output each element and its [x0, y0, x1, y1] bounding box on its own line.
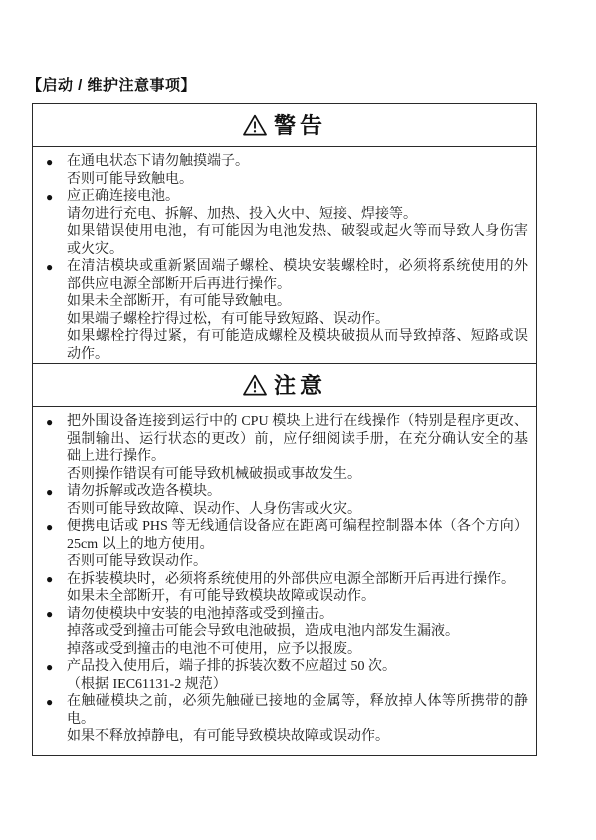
notice-line: 如果未全部断开，有可能导致触电。 — [67, 293, 528, 311]
notice-line: 产品投入使用后，端子排的拆装次数不应超过 50 次。 — [67, 658, 528, 676]
notice-line: 掉落或受到撞击可能会导致电池破损，造成电池内部发生漏液。 — [67, 623, 528, 641]
caution-box-header: 注意 — [33, 364, 536, 407]
notice-line: 如果未全部断开，有可能导致模块故障或误动作。 — [67, 588, 528, 606]
notice-line: 便携电话或 PHS 等无线通信设备应在距离可编程控制器本体（各个方向）25cm … — [67, 518, 528, 553]
bullet-icon: ● — [46, 519, 53, 537]
bullet-icon: ● — [46, 606, 53, 624]
bullet-icon: ● — [46, 414, 53, 432]
warning-triangle-icon — [243, 114, 267, 136]
notice-item: ●便携电话或 PHS 等无线通信设备应在距离可编程控制器本体（各个方向）25cm… — [45, 518, 528, 571]
notice-item: ●在触碰模块之前，必须先触碰已接地的金属等，释放掉人体等所携带的静电。如果不释放… — [45, 693, 528, 746]
warning-item-list: ●在通电状态下请勿触摸端子。否则可能导致触电。●应正确连接电池。请勿进行充电、拆… — [33, 147, 536, 372]
warning-box-title: 警告 — [274, 109, 326, 140]
notice-item: ●请勿使模块中安装的电池掉落或受到撞击。掉落或受到撞击可能会导致电池破损，造成电… — [45, 606, 528, 659]
notice-line: 否则可能导致故障、误动作、人身伤害或火灾。 — [67, 501, 528, 519]
notice-line: 应正确连接电池。 — [67, 188, 528, 206]
notice-line: 请勿拆解或改造各模块。 — [67, 483, 528, 501]
caution-box-title: 注意 — [274, 369, 326, 400]
notice-line: 在清洁模块或重新紧固端子螺栓、模块安装螺栓时，必须将系统使用的外部供应电源全部断… — [67, 258, 528, 293]
notice-line: 把外围设备连接到运行中的 CPU 模块上进行在线操作（特别是程序更改、强制输出、… — [67, 413, 528, 466]
caution-item-list: ●把外围设备连接到运行中的 CPU 模块上进行在线操作（特别是程序更改、强制输出… — [33, 407, 536, 755]
notice-line: 如果不释放掉静电，有可能导致模块故障或误动作。 — [67, 728, 528, 746]
notice-line: 否则可能导致触电。 — [67, 171, 528, 189]
notice-line: 在通电状态下请勿触摸端子。 — [67, 153, 528, 171]
bullet-icon: ● — [46, 189, 53, 207]
bullet-icon: ● — [46, 154, 53, 172]
bullet-icon: ● — [46, 659, 53, 677]
page-title: 【启动 / 维护注意事项】 — [27, 74, 196, 95]
manual-page: 【启动 / 维护注意事项】 警告 ●在通电状态下请勿触摸端子。否则可能导致触电。… — [0, 0, 596, 840]
notice-item: ●应正确连接电池。请勿进行充电、拆解、加热、投入火中、短接、焊接等。如果错误使用… — [45, 188, 528, 258]
notice-line: 如果螺栓拧得过紧，有可能造成螺栓及模块破损从而导致掉落、短路或误动作。 — [67, 328, 528, 363]
notice-line: 请勿使模块中安装的电池掉落或受到撞击。 — [67, 606, 528, 624]
notice-line: 掉落或受到撞击的电池不可使用，应予以报废。 — [67, 641, 528, 659]
bullet-icon: ● — [46, 694, 53, 712]
notice-line: 如果端子螺栓拧得过松，有可能导致短路、误动作。 — [67, 311, 528, 329]
notice-line: 如果错误使用电池，有可能因为电池发热、破裂或起火等而导致人身伤害或火灾。 — [67, 223, 528, 258]
notice-line: 否则操作错误有可能导致机械破损或事故发生。 — [67, 466, 528, 484]
notice-line: 否则可能导致误动作。 — [67, 553, 528, 571]
caution-box: 注意 ●把外围设备连接到运行中的 CPU 模块上进行在线操作（特别是程序更改、强… — [32, 363, 537, 756]
notice-item: ●在通电状态下请勿触摸端子。否则可能导致触电。 — [45, 153, 528, 188]
notice-line: 在拆装模块时，必须将系统使用的外部供应电源全部断开后再进行操作。 — [67, 571, 528, 589]
warning-box: 警告 ●在通电状态下请勿触摸端子。否则可能导致触电。●应正确连接电池。请勿进行充… — [32, 103, 537, 373]
notice-line: （根据 IEC61131-2 规范） — [67, 676, 528, 694]
notice-item: ●在拆装模块时，必须将系统使用的外部供应电源全部断开后再进行操作。如果未全部断开… — [45, 571, 528, 606]
notice-item: ●把外围设备连接到运行中的 CPU 模块上进行在线操作（特别是程序更改、强制输出… — [45, 413, 528, 483]
warning-box-header: 警告 — [33, 104, 536, 147]
caution-triangle-icon — [243, 374, 267, 396]
bullet-icon: ● — [46, 571, 53, 589]
notice-item: ●在清洁模块或重新紧固端子螺栓、模块安装螺栓时，必须将系统使用的外部供应电源全部… — [45, 258, 528, 363]
notice-item: ●产品投入使用后，端子排的拆装次数不应超过 50 次。（根据 IEC61131-… — [45, 658, 528, 693]
notice-line: 在触碰模块之前，必须先触碰已接地的金属等，释放掉人体等所携带的静电。 — [67, 693, 528, 728]
bullet-icon: ● — [46, 259, 53, 277]
notice-line: 请勿进行充电、拆解、加热、投入火中、短接、焊接等。 — [67, 206, 528, 224]
bullet-icon: ● — [46, 484, 53, 502]
notice-item: ●请勿拆解或改造各模块。否则可能导致故障、误动作、人身伤害或火灾。 — [45, 483, 528, 518]
